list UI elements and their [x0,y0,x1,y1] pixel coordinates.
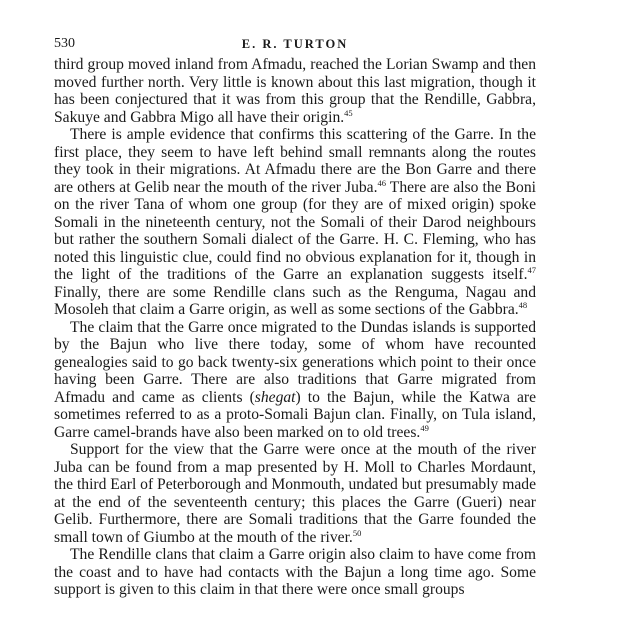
paragraph-2: There is ample evidence that confirms th… [54,126,536,319]
italic-term: shegat [255,389,296,406]
running-head: 530 E. R. TURTON [54,34,536,56]
footnote-marker: 46 [378,178,387,188]
paragraph-5: The Rendille clans that claim a Garre or… [54,546,536,599]
footnote-marker: 45 [344,108,353,118]
footnote-marker: 48 [519,300,528,310]
footnote-marker: 49 [420,423,429,433]
paragraph-4: Support for the view that the Garre were… [54,441,536,546]
footnote-marker: 50 [353,528,362,538]
paragraph-3: The claim that the Garre once migrated t… [54,319,536,442]
running-title-author: E. R. TURTON [54,37,536,52]
document-page: 530 E. R. TURTON third group moved inlan… [54,34,536,599]
footnote-marker: 47 [528,265,537,275]
paragraph-1: third group moved inland from Afmadu, re… [54,56,536,126]
body-text: third group moved inland from Afmadu, re… [54,56,536,599]
